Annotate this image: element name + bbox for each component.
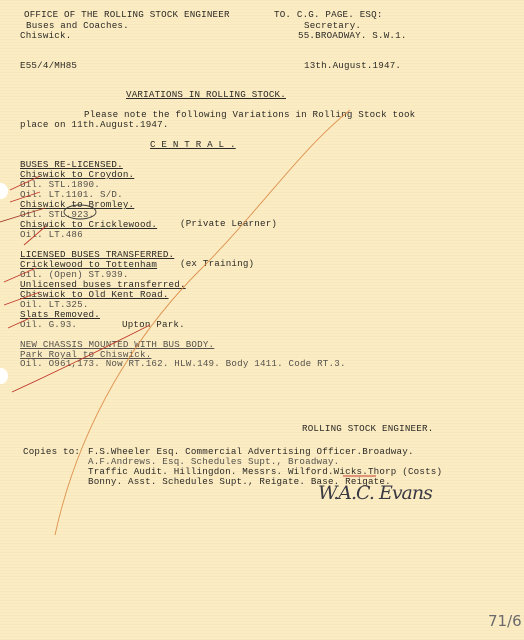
sender-office: OFFICE OF THE ROLLING STOCK ENGINEER (24, 10, 230, 20)
copies-label: Copies to: (23, 447, 80, 457)
punch-hole (0, 183, 8, 199)
punch-hole (0, 368, 8, 384)
vehicle-line: Oil. LT.486 (20, 230, 83, 240)
vehicle-line: Oil. G.93. (20, 320, 77, 330)
sender-location: Chiswick. (20, 31, 71, 41)
section-heading: C E N T R A L . (150, 140, 236, 150)
route-note: (Private Learner) (180, 219, 277, 229)
page-number: 71/6 (488, 612, 522, 630)
signatory-title: ROLLING STOCK ENGINEER. (302, 424, 433, 434)
document-title: VARIATIONS IN ROLLING STOCK. (126, 90, 286, 100)
vehicle-line: Oil. O961,173. Now RT.162. HLW.149. Body… (20, 359, 346, 369)
route-note: Upton Park. (122, 320, 185, 330)
copies-line: Bonny. Asst. Schedules Supt., Reigate. B… (88, 477, 391, 487)
letter-date: 13th.August.1947. (304, 61, 401, 71)
route-note: (ex Training) (180, 259, 254, 269)
recipient-name: TO. C.G. PAGE. ESQ: (274, 10, 383, 20)
intro-text-cont: place on 11th.August.1947. (20, 120, 169, 130)
recipient-address: 55.BROADWAY. S.W.1. (298, 31, 407, 41)
reference-number: E55/4/MH85 (20, 61, 77, 71)
